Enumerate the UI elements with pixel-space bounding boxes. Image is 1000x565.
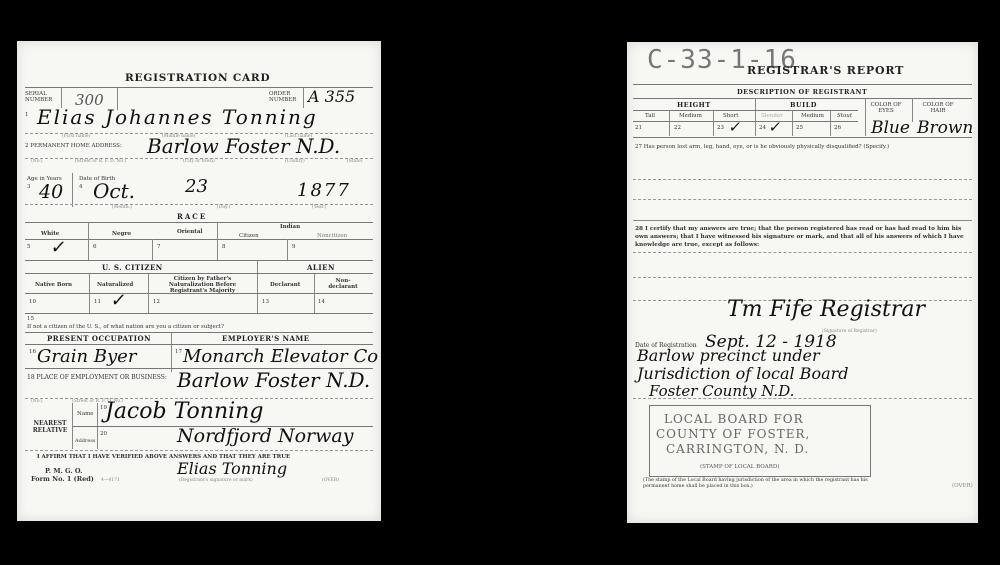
dob-day-value: 23	[185, 176, 208, 197]
hair-color-label: COLOR OF HAIR	[919, 102, 957, 114]
registration-card: REGISTRATION CARD SERIAL NUMBER 300 ORDE…	[17, 41, 381, 521]
relative-address-value: Nordfjord Norway	[177, 425, 353, 447]
dob-year-value: 1877	[297, 180, 351, 201]
home-address-label: 2 PERMANENT HOME ADDRESS:	[25, 143, 122, 149]
nearest-relative-label: NEAREST RELATIVE	[31, 421, 69, 434]
stamp-line-2: COUNTY OF FOSTER,	[656, 427, 810, 441]
build-col-medium: Medium	[801, 113, 824, 119]
stamp-label: (STAMP OF LOCAL BOARD)	[700, 464, 779, 470]
stamp-instruction-note: (The stamp of the Local Board having jur…	[643, 478, 875, 490]
hair-color-value: Brown	[917, 118, 973, 138]
field-number: 8	[222, 244, 226, 250]
relative-name-label: Name	[77, 411, 94, 417]
registrar-signature: Tm Fife Registrar	[727, 297, 925, 322]
race-label: RACE	[177, 212, 207, 221]
field-28-certification: 28 I certify that my answers are true; t…	[635, 225, 970, 249]
field-number: 1	[25, 112, 29, 118]
race-col-oriental: Oriental	[177, 229, 202, 235]
signature-label: (Registrant's signature or mark)	[179, 478, 253, 483]
form-code: 4—4171	[101, 478, 120, 483]
build-label: BUILD	[790, 101, 817, 109]
dob-sublabel: (Month.)	[112, 205, 132, 210]
build-col-stout: Stout	[837, 113, 852, 119]
field-number: 5	[27, 244, 31, 250]
us-citizen-label: U. S. CITIZEN	[102, 263, 163, 272]
order-number-label: ORDER NUMBER	[269, 91, 299, 103]
field-number: 20	[100, 431, 107, 437]
eye-color-value: Blue	[871, 118, 910, 138]
field-number: 24	[759, 125, 766, 131]
local-board-stamp-box: LOCAL BOARD FOR COUNTY OF FOSTER, CARRIN…	[649, 405, 871, 477]
field-number: 3	[27, 184, 31, 190]
field-number: 22	[674, 125, 681, 131]
field-number: 23	[717, 125, 724, 131]
dob-sublabel: (Day.)	[217, 205, 230, 210]
field-number: 15	[27, 316, 34, 322]
alien-col-declarant: Declarant	[270, 282, 300, 288]
order-number-value: A 355	[308, 87, 355, 106]
relative-name-value: Jacob Tonning	[105, 399, 263, 424]
field-15-label: If not a citizen of the U. S., of what n…	[27, 324, 224, 330]
registrars-report-card: C-33-1-16 REGISTRAR'S REPORT DESCRIPTION…	[627, 42, 978, 523]
relative-address-label: Address	[75, 439, 96, 445]
race-indian-label: Indian	[280, 224, 300, 230]
field-number: 11	[94, 299, 101, 305]
address-sublabel: (No.)	[31, 159, 43, 164]
dob-month-value: Oct.	[93, 179, 135, 203]
height-label: HEIGHT	[677, 101, 711, 109]
field-number: 26	[834, 125, 841, 131]
race-col-negro: Negro	[112, 231, 131, 237]
address-sublabel: (No.)	[31, 399, 43, 404]
field-number: 9	[292, 244, 296, 250]
field-number: 25	[796, 125, 803, 131]
registrar-note-line2: Jurisdiction of local Board	[637, 364, 849, 383]
card-title: REGISTRATION CARD	[125, 72, 270, 84]
occupation-label: PRESENT OCCUPATION	[47, 334, 151, 343]
alien-col-non-declarant: Non-declarant	[325, 278, 361, 290]
field-number: 21	[635, 125, 642, 131]
occupation-value: Grain Byer	[37, 346, 136, 367]
over-label: (OVER)	[952, 483, 973, 489]
alien-label: ALIEN	[307, 263, 335, 272]
address-sublabel: (State)	[347, 159, 363, 164]
age-value: 40	[39, 181, 63, 203]
home-address-value: Barlow Foster N.D.	[147, 134, 340, 158]
dob-sublabel: (Year.)	[312, 205, 327, 210]
address-sublabel: (County)	[285, 159, 305, 164]
citizen-naturalized-checkmark-icon: ✓	[110, 290, 128, 311]
employer-label: EMPLOYER'S NAME	[222, 334, 310, 343]
field-number: 12	[153, 299, 160, 305]
report-title: REGISTRAR'S REPORT	[747, 64, 904, 77]
height-col-medium: Medium	[679, 113, 702, 119]
citizen-col-naturalized: Naturalized	[97, 282, 133, 288]
field-number: 6	[93, 244, 97, 250]
build-slender-checkmark-icon: ✓	[768, 118, 783, 136]
over-label: (OVER)	[322, 478, 339, 483]
field-number: 7	[157, 244, 161, 250]
field-number: 13	[262, 299, 269, 305]
field-number: 16	[29, 349, 36, 355]
height-short-checkmark-icon: ✓	[728, 118, 743, 136]
form-id-line2: Form No. 1 (Red)	[31, 476, 94, 483]
stamp-line-3: CARRINGTON, N. D.	[666, 442, 809, 456]
employer-value: Monarch Elevator Co	[183, 346, 378, 367]
address-sublabel: (Street or R. F. D. No.)	[75, 159, 126, 164]
serial-number-label: SERIAL NUMBER	[25, 91, 57, 103]
registrar-note-line1: Barlow precinct under	[637, 346, 820, 365]
place-of-employment-value: Barlow Foster N.D.	[177, 368, 370, 392]
height-col-tall: Tall	[645, 113, 655, 119]
registrant-signature: Elias Tonning	[177, 459, 287, 478]
registrant-full-name: Elias Johannes Tonning	[37, 105, 318, 129]
address-sublabel: (City or town)	[183, 159, 215, 164]
race-white-checkmark-icon: ✓	[50, 237, 68, 258]
field-number: 17	[175, 349, 182, 355]
field-number: 10	[29, 299, 36, 305]
description-label: DESCRIPTION OF REGISTRANT	[737, 88, 867, 96]
first-name-sublabel: (First name)	[62, 134, 90, 139]
field-number: 14	[318, 299, 325, 305]
citizen-col-native-born: Native Born	[35, 282, 72, 288]
citizen-col-fathers-naturalization: Citizen by Father's Naturalization Befor…	[155, 276, 250, 294]
place-of-employment-label: 18 PLACE OF EMPLOYMENT OR BUSINESS:	[27, 375, 167, 382]
field-number: 4	[79, 184, 83, 190]
eye-color-label: COLOR OF EYES	[867, 102, 905, 114]
stamp-line-1: LOCAL BOARD FOR	[664, 412, 804, 426]
field-27-question: 27 Has person lost arm, leg, hand, eye, …	[635, 144, 970, 150]
